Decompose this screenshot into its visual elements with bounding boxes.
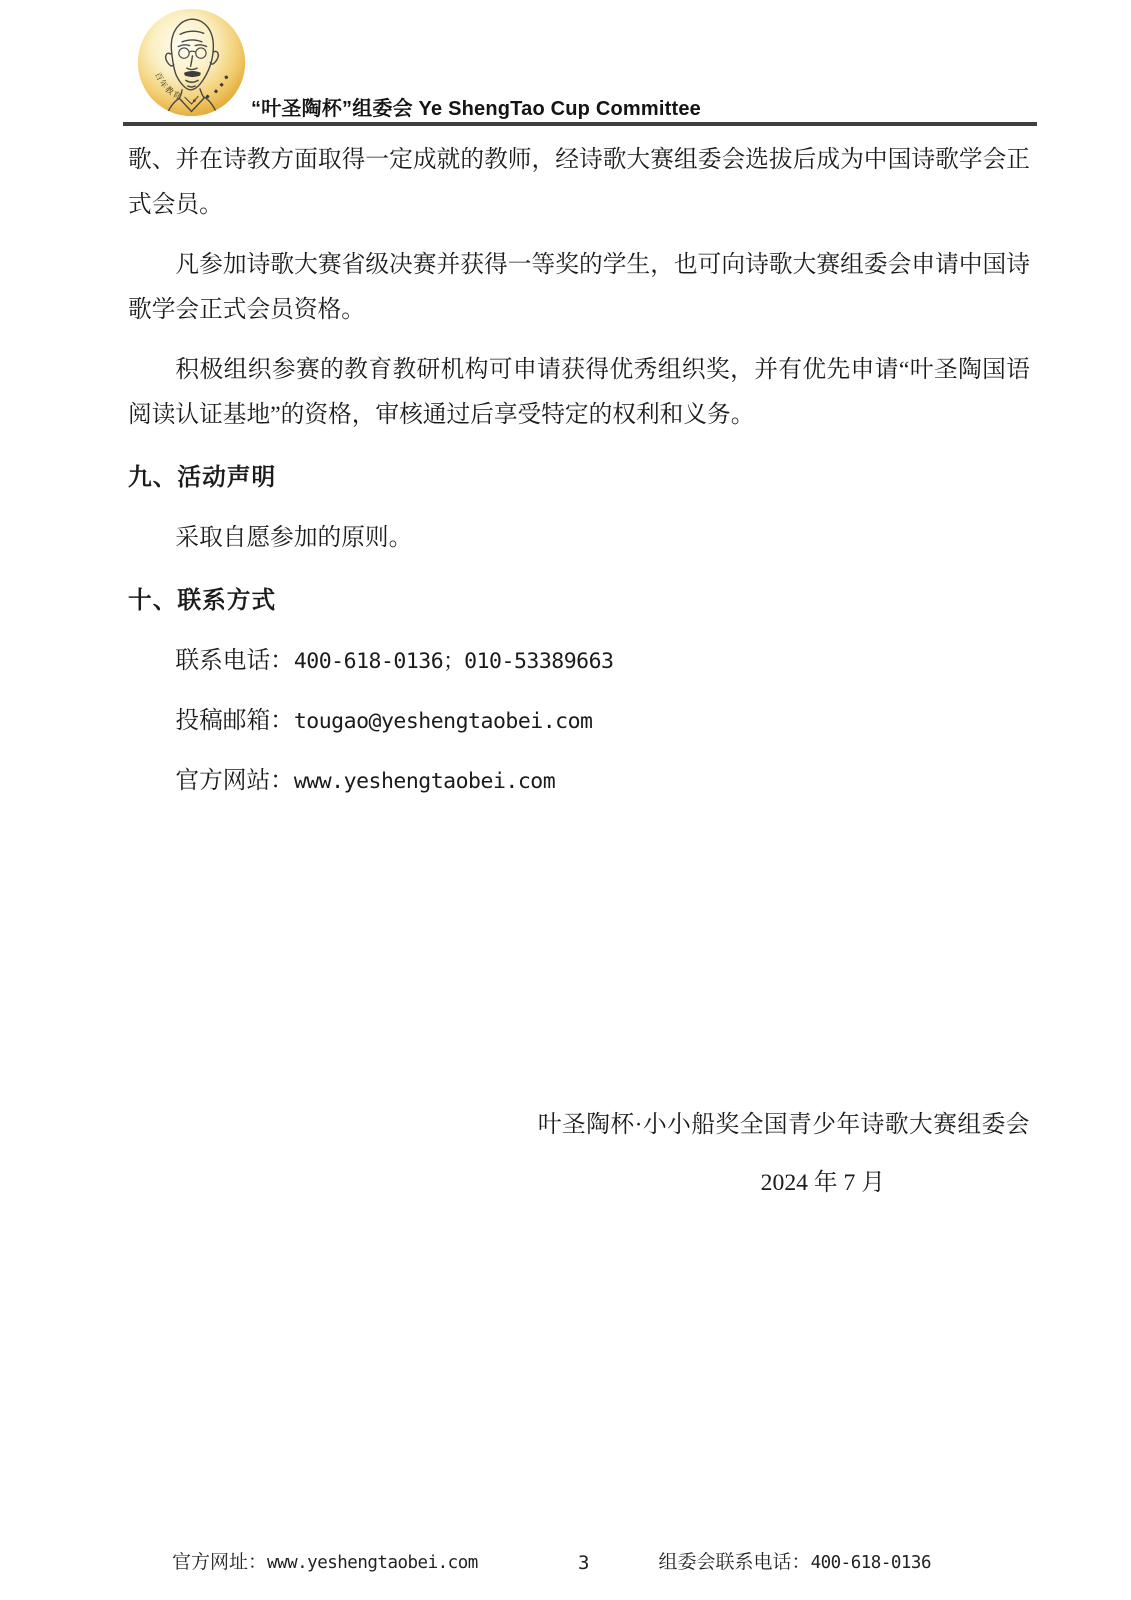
paragraph: 积极组织参赛的教育教研机构可申请获得优秀组织奖，并有优先申请“叶圣陶国语阅读认证… bbox=[128, 348, 1030, 438]
contact-email-value: tougao@yeshengtaobei.com bbox=[294, 709, 593, 734]
section-heading-10: 十、联系方式 bbox=[128, 579, 1030, 624]
page-header: 百年教育 “叶圣陶杯”组委会 Ye ShengTao Cup Committee bbox=[123, 0, 1037, 126]
footer-website-value: www.yeshengtaobei.com bbox=[267, 1553, 478, 1573]
footer-website: 官方网址：www.yeshengtaobei.com bbox=[172, 1548, 478, 1578]
paragraph: 凡参加诗歌大赛省级决赛并获得一等奖的学生，也可向诗歌大赛组委会申请中国诗歌学会正… bbox=[128, 243, 1030, 333]
page-footer: 官方网址：www.yeshengtaobei.com 组委会联系电话：400-6… bbox=[172, 1548, 931, 1578]
contact-email-line: 投稿邮箱：tougao@yeshengtaobei.com bbox=[128, 699, 1030, 744]
signature-organization: 叶圣陶杯·小小船奖全国青少年诗歌大赛组委会 bbox=[128, 1103, 1030, 1148]
document-content: 歌、并在诗教方面取得一定成就的教师，经诗歌大赛组委会选拔后成为中国诗歌学会正式会… bbox=[128, 126, 1030, 1206]
section-heading-9: 九、活动声明 bbox=[128, 456, 1030, 501]
contact-phone-line: 联系电话：400-618-0136；010-53389663 bbox=[128, 639, 1030, 684]
signature-date: 2024 年 7 月 bbox=[128, 1161, 1030, 1206]
contact-website-line: 官方网站：www.yeshengtaobei.com bbox=[128, 759, 1030, 804]
contact-phone-value: 400-618-0136；010-53389663 bbox=[294, 649, 614, 674]
header-title: “叶圣陶杯”组委会 Ye ShengTao Cup Committee bbox=[251, 92, 701, 121]
footer-phone-label: 组委会联系电话： bbox=[659, 1552, 811, 1573]
contact-website-label: 官方网站： bbox=[175, 768, 293, 794]
page-number: 3 bbox=[578, 1548, 589, 1578]
document-page: 百年教育 “叶圣陶杯”组委会 Ye ShengTao Cup Committee… bbox=[0, 0, 1131, 1600]
contact-website-value: www.yeshengtaobei.com bbox=[294, 769, 555, 794]
committee-seal-logo: 百年教育 bbox=[135, 6, 248, 119]
section-9-body: 采取自愿参加的原则。 bbox=[128, 516, 1030, 561]
footer-website-label: 官方网址： bbox=[172, 1552, 267, 1573]
signature-block: 叶圣陶杯·小小船奖全国青少年诗歌大赛组委会 2024 年 7 月 bbox=[128, 1103, 1030, 1206]
footer-phone-value: 400-618-0136 bbox=[811, 1553, 931, 1573]
contact-phone-label: 联系电话： bbox=[175, 648, 293, 674]
footer-phone: 组委会联系电话：400-618-0136 bbox=[659, 1548, 931, 1578]
paragraph-continuation: 歌、并在诗教方面取得一定成就的教师，经诗歌大赛组委会选拔后成为中国诗歌学会正式会… bbox=[128, 138, 1030, 228]
ye-shengtao-portrait-icon: 百年教育 bbox=[135, 6, 248, 119]
contact-email-label: 投稿邮箱： bbox=[175, 708, 293, 734]
